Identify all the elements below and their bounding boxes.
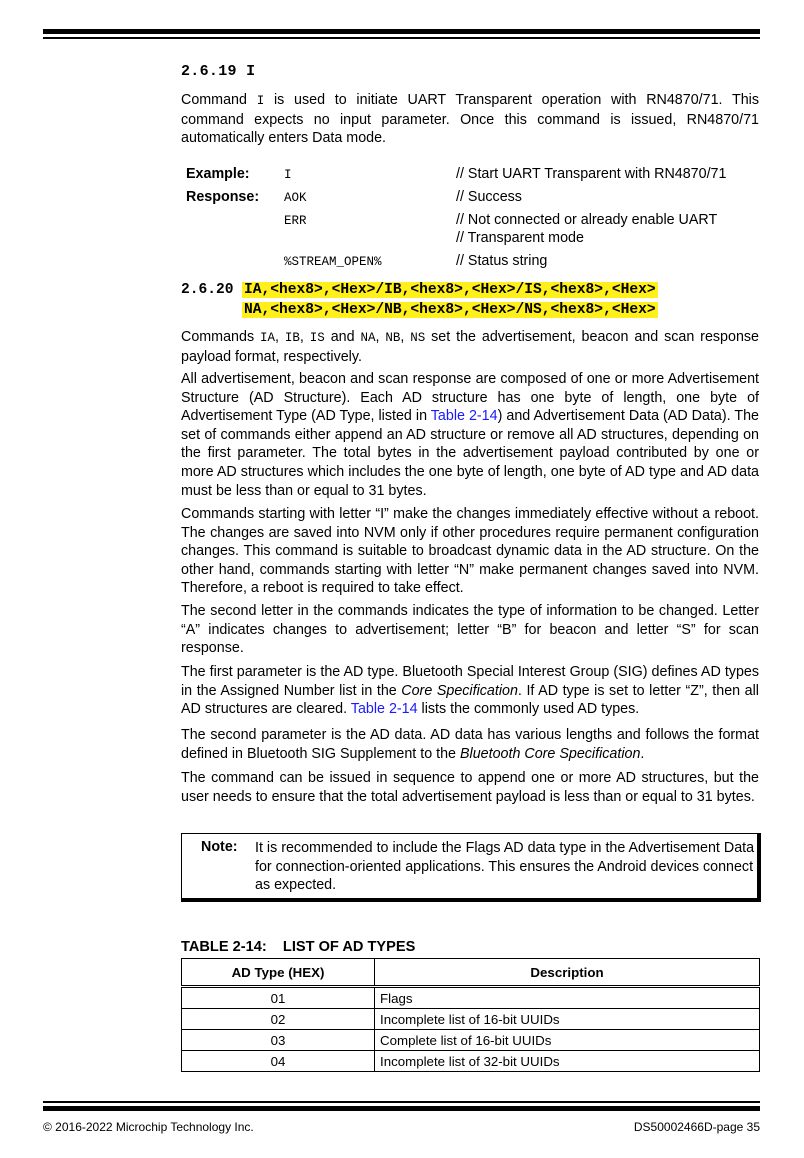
example-comment: // Start UART Transparent with RN4870/71 [456, 165, 726, 184]
paragraph-first-parameter: The first parameter is the AD type. Blue… [181, 663, 759, 719]
response-comment-stream-open: // Status string [456, 252, 547, 271]
note-text: It is recommended to include the Flags A… [255, 839, 755, 895]
description-cell: Incomplete list of 32-bit UUIDs [375, 1051, 760, 1072]
paragraph-ad-structure: All advertisement, beacon and scan respo… [181, 370, 759, 500]
footer-rule-thick [43, 1106, 760, 1111]
example-code: I [284, 168, 292, 182]
note-box: Note: It is recommended to include the F… [181, 833, 761, 902]
paragraph-first-letter: Commands starting with letter “I” make t… [181, 505, 759, 598]
table-row: 03 Complete list of 16-bit UUIDs [182, 1030, 760, 1051]
description-cell: Complete list of 16-bit UUIDs [375, 1030, 760, 1051]
response-code-stream-open: %STREAM_OPEN% [284, 255, 382, 269]
table-row: 01 Flags [182, 987, 760, 1009]
table-row: 02 Incomplete list of 16-bit UUIDs [182, 1009, 760, 1030]
response-code-err: ERR [284, 214, 307, 228]
section-2-6-20-number: 2.6.20 [181, 281, 234, 300]
section-command: I [246, 63, 255, 80]
ad-type-cell: 02 [182, 1009, 375, 1030]
footer-page-number: DS50002466D-page 35 [634, 1120, 760, 1134]
description-cell: Flags [375, 987, 760, 1009]
response-label: Response: [186, 189, 259, 205]
ad-type-cell: 01 [182, 987, 375, 1009]
section-2-6-19-description: Command I is used to initiate UART Trans… [181, 91, 759, 148]
section-2-6-20-command-line-1: IA,<hex8>,<Hex>/IB,<hex8>,<Hex>/IS,<hex8… [242, 281, 658, 300]
paragraph-commands-overview: Commands IA, IB, IS and NA, NB, NS set t… [181, 328, 759, 366]
response-comment-aok: // Success [456, 188, 522, 207]
table-2-14-link[interactable]: Table 2-14 [431, 408, 498, 424]
header-rule-thick [43, 29, 760, 34]
response-code-aok: AOK [284, 191, 307, 205]
example-label: Example: [186, 166, 250, 182]
response-comment-err-cont: // Transparent mode [456, 229, 584, 248]
note-label: Note: [201, 839, 238, 855]
table-header-row: AD Type (HEX) Description [182, 959, 760, 987]
table-2-14-link-2[interactable]: Table 2-14 [351, 701, 418, 717]
header-rule-thin [43, 37, 760, 39]
ad-type-cell: 04 [182, 1051, 375, 1072]
paragraph-second-letter: The second letter in the commands indica… [181, 602, 759, 658]
section-2-6-20-command-line-2: NA,<hex8>,<Hex>/NB,<hex8>,<Hex>/NS,<hex8… [242, 301, 658, 320]
table-caption: TABLE 2-14: LIST OF AD TYPES [181, 939, 415, 955]
section-2-6-19-heading: 2.6.19 I [181, 63, 255, 80]
table-row: 04 Incomplete list of 32-bit UUIDs [182, 1051, 760, 1072]
paragraph-second-parameter: The second parameter is the AD data. AD … [181, 726, 759, 763]
header-ad-type: AD Type (HEX) [182, 959, 375, 987]
ad-types-table: AD Type (HEX) Description 01 Flags 02 In… [181, 958, 760, 1072]
footer-rule-thin [43, 1101, 760, 1103]
footer-copyright: © 2016-2022 Microchip Technology Inc. [43, 1120, 254, 1134]
header-description: Description [375, 959, 760, 987]
response-comment-err: // Not connected or already enable UART [456, 211, 717, 230]
section-number: 2.6.19 [181, 63, 237, 80]
paragraph-sequence: The command can be issued in sequence to… [181, 769, 759, 806]
ad-type-cell: 03 [182, 1030, 375, 1051]
description-cell: Incomplete list of 16-bit UUIDs [375, 1009, 760, 1030]
